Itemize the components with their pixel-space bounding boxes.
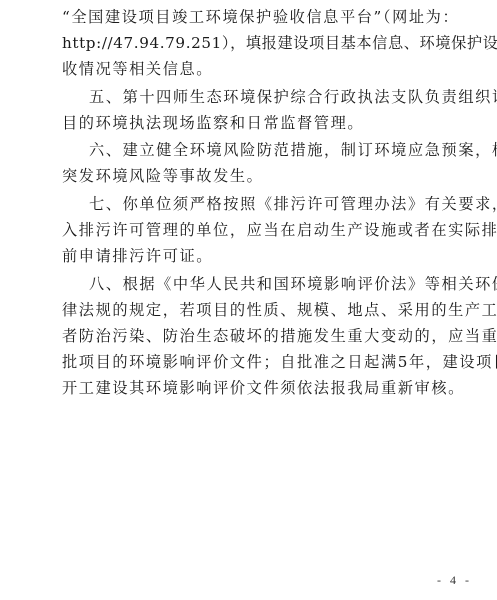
text-line: 目的环境执法现场监察和日常监督管理。 <box>62 110 364 136</box>
page-number: - 4 - <box>437 573 472 588</box>
text-line: 律法规的规定，若项目的性质、规模、地点、采用的生产工艺或 <box>62 297 497 323</box>
text-line: “全国建设项目竣工环境保护验收信息平台”（网址为： <box>62 4 459 30</box>
text-line: 者防治污染、防治生态破坏的措施发生重大变动的，应当重新报 <box>62 323 497 349</box>
text-line: 突发环境风险等事故发生。 <box>62 163 263 189</box>
text-line: 收情况等相关信息。 <box>62 56 213 82</box>
text-line: 前申请排污许可证。 <box>62 243 213 269</box>
text-line: 开工建设其环境影响评价文件须依法报我局重新审核。 <box>62 375 465 401</box>
text-line: 批项目的环境影响评价文件；自批准之日起满5年，建设项目方 <box>62 349 497 375</box>
text-line: 七、你单位须严格按照《排污许可管理办法》有关要求，纳 <box>89 191 497 217</box>
text-line: 入排污许可管理的单位，应当在启动生产设施或者在实际排污之 <box>62 217 497 243</box>
text-line: http://47.94.79.251），填报建设项目基本信息、环境保护设施验 <box>62 30 497 56</box>
text-line: 六、建立健全环境风险防范措施，制订环境应急预案，杜绝 <box>89 137 497 163</box>
text-line: 八、根据《中华人民共和国环境影响评价法》等相关环保法 <box>89 271 497 297</box>
text-line: 五、第十四师生态环境保护综合行政执法支队负责组织该项 <box>89 84 497 110</box>
